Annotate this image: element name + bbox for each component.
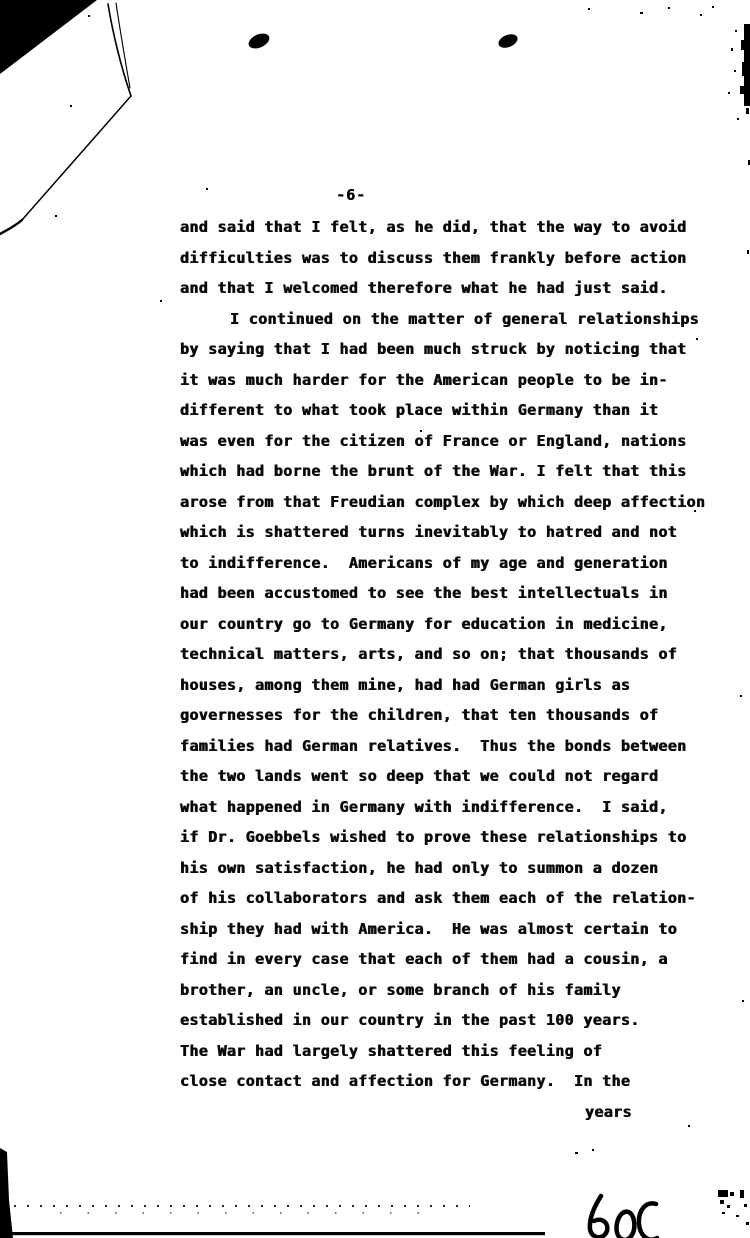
page-number: -6- xyxy=(336,186,366,204)
ink-mark-left xyxy=(246,31,271,52)
text-line: it was much harder for the American peop… xyxy=(180,365,700,396)
text-line: established in our country in the past 1… xyxy=(180,1005,700,1036)
typed-text-block: and said that I felt, as he did, that th… xyxy=(180,212,700,1127)
text-line: his own satisfaction, he had only to sum… xyxy=(180,853,700,884)
text-line: was even for the citizen of France or En… xyxy=(180,426,700,457)
page-fold-crease xyxy=(0,3,131,234)
scan-smudge-bottom-right xyxy=(718,1190,749,1225)
text-line: different to what took place within Germ… xyxy=(180,395,700,426)
scan-bottom-line xyxy=(3,1232,545,1235)
text-line: what happened in Germany with indifferen… xyxy=(180,792,700,823)
paragraph: I continued on the matter of general rel… xyxy=(180,304,700,1097)
text-line: of his collaborators and ask them each o… xyxy=(180,883,700,914)
ink-mark-right xyxy=(496,32,519,51)
text-line: arose from that Freudian complex by whic… xyxy=(180,487,700,518)
text-line: the two lands went so deep that we could… xyxy=(180,761,700,792)
text-line: technical matters, arts, and so on; that… xyxy=(180,639,700,670)
text-line: governesses for the children, that ten t… xyxy=(180,700,700,731)
text-line: I continued on the matter of general rel… xyxy=(180,304,700,335)
text-line: which had borne the brunt of the War. I … xyxy=(180,456,700,487)
text-line: difficulties was to discuss them frankly… xyxy=(180,243,700,274)
scan-dotted-line xyxy=(14,1206,470,1213)
text-line: had been accustomed to see the best inte… xyxy=(180,578,700,609)
text-line: which is shattered turns inevitably to h… xyxy=(180,517,700,548)
text-line: ship they had with America. He was almos… xyxy=(180,914,700,945)
text-line: our country go to Germany for education … xyxy=(180,609,700,640)
scan-edge-artifact-left xyxy=(0,1148,13,1238)
text-line: close contact and affection for Germany.… xyxy=(180,1066,700,1097)
scanned-document-page: -6- and said that I felt, as he did, tha… xyxy=(0,0,750,1238)
paragraph: and said that I felt, as he did, that th… xyxy=(180,212,700,304)
scan-edge-artifact-right xyxy=(728,24,750,254)
handwritten-page-number xyxy=(590,1196,657,1238)
text-line: by saying that I had been much struck by… xyxy=(180,334,700,365)
text-line: The War had largely shattered this feeli… xyxy=(180,1036,700,1067)
text-line: and that I welcomed therefore what he ha… xyxy=(180,273,700,304)
text-line: if Dr. Goebbels wished to prove these re… xyxy=(180,822,700,853)
text-line: houses, among them mine, had had German … xyxy=(180,670,700,701)
text-line: to indifference. Americans of my age and… xyxy=(180,548,700,579)
text-line: find in every case that each of them had… xyxy=(180,944,700,975)
text-line: families had German relatives. Thus the … xyxy=(180,731,700,762)
scan-corner-shadow xyxy=(0,0,97,74)
catchword-years: years xyxy=(585,1097,700,1128)
text-line: and said that I felt, as he did, that th… xyxy=(180,212,700,243)
text-line: brother, an uncle, or some branch of his… xyxy=(180,975,700,1006)
